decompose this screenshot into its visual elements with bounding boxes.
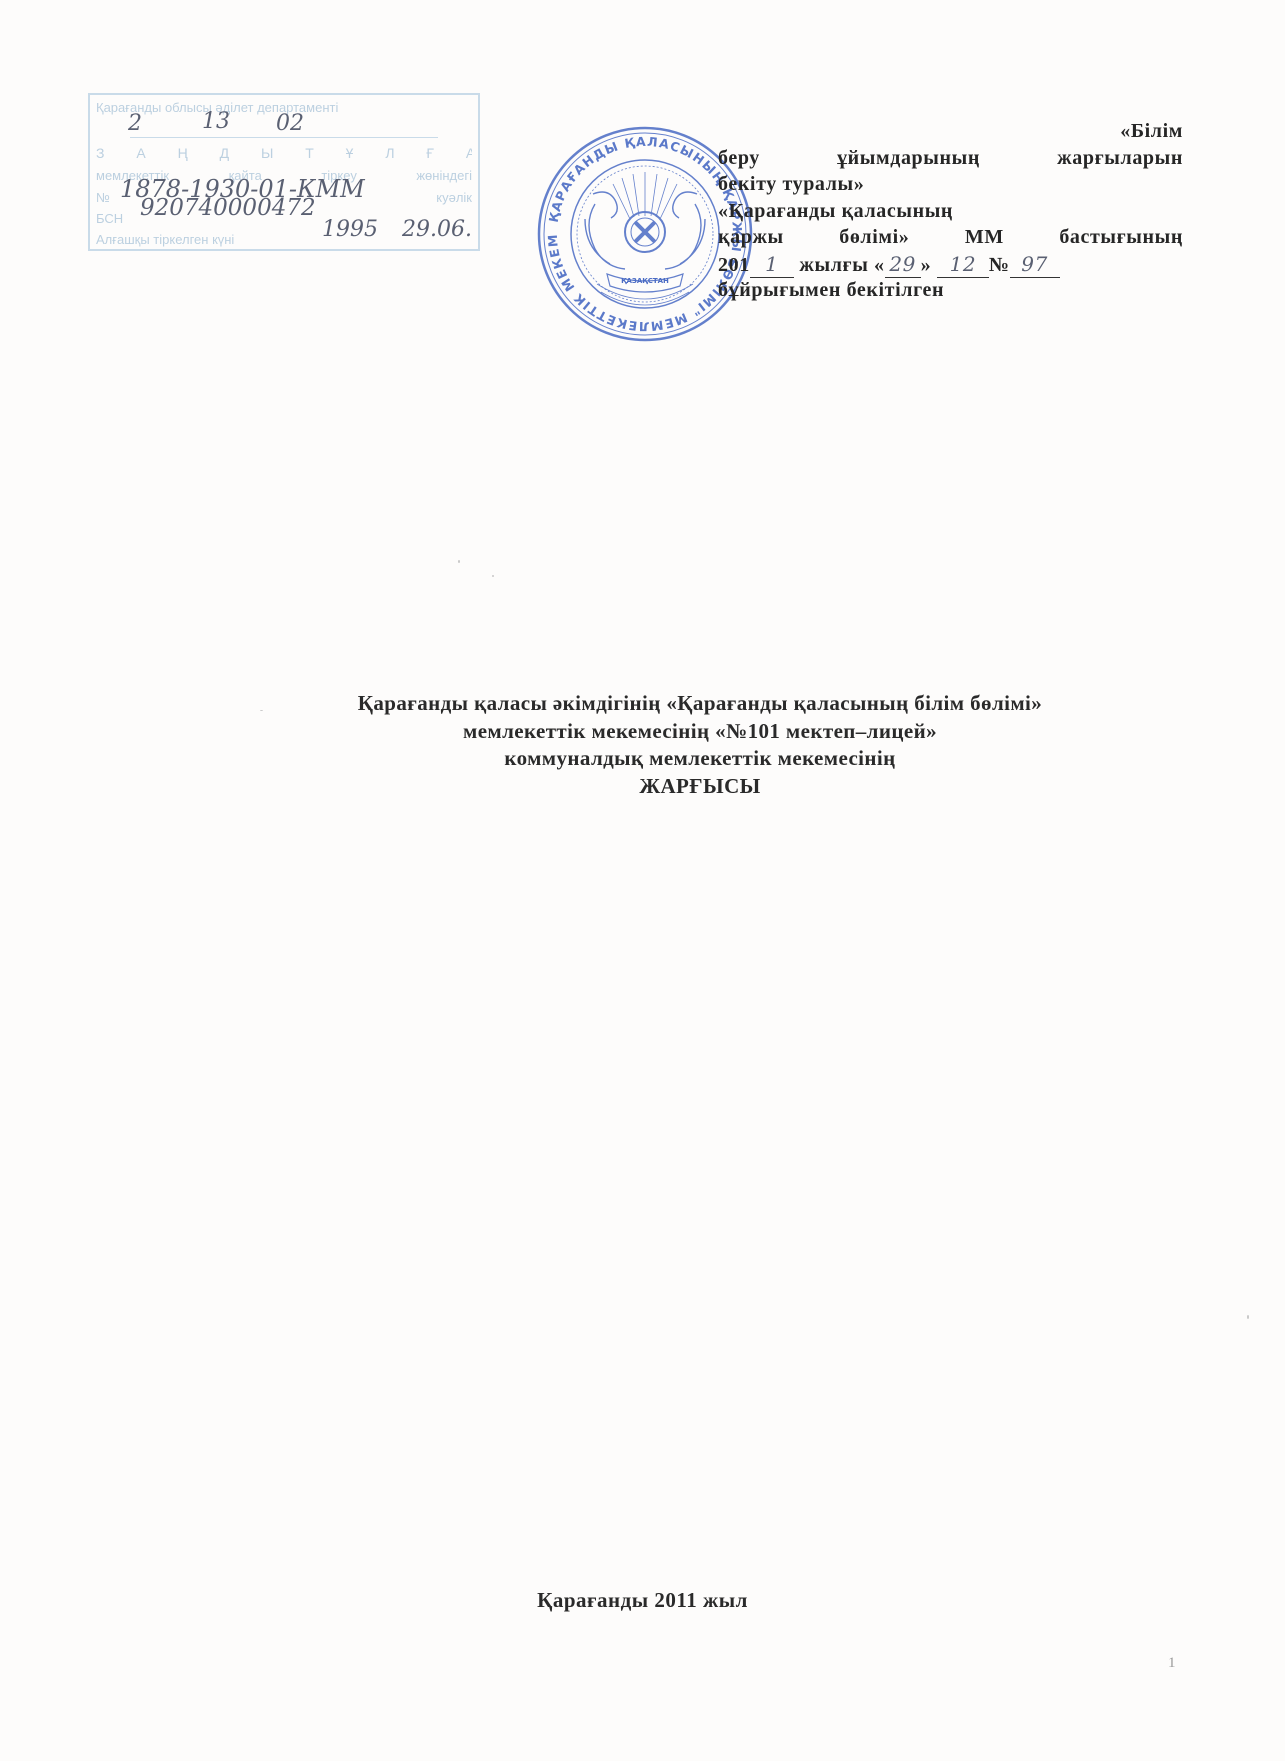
title-line-3: коммуналдық мемлекеттік мекемесінің — [150, 745, 1250, 773]
approval-line-4: «Қарағанды қаласының — [718, 198, 1183, 225]
title-line-2: мемлекеттік мекемесінің «№101 мектеп–лиц… — [150, 718, 1250, 746]
document-title: Қарағанды қаласы әкімдігінің «Қарағанды … — [150, 690, 1250, 800]
approval-word: ММ — [965, 224, 1004, 251]
stamp-certificate-label: куәлік — [436, 187, 472, 209]
scan-speck — [458, 560, 460, 563]
approval-line-6-order-date: 2011 жылғы «29» 12№97 — [718, 251, 1183, 278]
order-quote-close: » — [921, 254, 932, 276]
approval-line-5: қаржы бөлімі» ММ бастығының — [718, 224, 1183, 251]
order-number-sign: № — [989, 254, 1010, 276]
handwritten-first-registered-year: 1995 — [322, 217, 378, 242]
seal-center-text: ҚАЗАҚСТАН — [621, 277, 669, 285]
order-day-field: 29 — [885, 251, 921, 279]
approval-word: жарғыларын — [1057, 145, 1183, 172]
approval-line-3: бекіту туралы» — [718, 171, 1183, 198]
title-line-1: Қарағанды қаласы әкімдігінің «Қарағанды … — [150, 690, 1250, 718]
handwritten-bin: 920740000472 — [140, 195, 316, 221]
scan-speck — [260, 710, 263, 711]
order-number-field: 97 — [1010, 251, 1060, 279]
approval-word: қаржы — [718, 224, 784, 251]
approval-line-7: бұйрығымен бекітілген — [718, 277, 1183, 304]
approval-line-1: «Білім — [718, 118, 1183, 145]
svg-text:ҚАЗАҚСТАН: ҚАЗАҚСТАН — [621, 277, 669, 285]
approval-word: беру — [718, 145, 760, 172]
approval-block: «Білім беру ұйымдарының жарғыларын бекіт… — [718, 118, 1183, 304]
handwritten-first-registered-date: 29.06. — [402, 217, 472, 242]
approval-word: бастығының — [1059, 224, 1183, 251]
order-year-label: жылғы « — [799, 254, 884, 276]
place-and-year: Қарағанды 2011 жыл — [0, 1588, 1285, 1613]
document-page: Қарағанды облысы әділет департаменті З А… — [0, 0, 1285, 1761]
scan-speck — [1247, 1315, 1249, 1319]
approval-word: бөлімі» — [839, 224, 909, 251]
stamp-word: жөніндегі — [416, 165, 472, 187]
handwritten-day: 2 — [128, 111, 142, 136]
approval-word: ұйымдарының — [837, 145, 980, 172]
handwritten-month: 13 — [202, 109, 230, 134]
order-year-digit-field: 1 — [750, 251, 794, 279]
approval-line-2: беру ұйымдарының жарғыларын — [718, 145, 1183, 172]
scan-speck — [492, 575, 494, 577]
registration-stamp: Қарағанды облысы әділет департаменті З А… — [88, 93, 480, 251]
order-year-prefix: 201 — [718, 254, 750, 276]
order-month-field: 12 — [937, 251, 989, 279]
handwritten-year: 02 — [276, 111, 304, 136]
title-line-4-charter: ЖАРҒЫСЫ — [150, 773, 1250, 801]
page-number: 1 — [1168, 1655, 1176, 1672]
stamp-legal-entity-text: З А Ң Д Ы Т Ұ Л Ғ А Ғ А — [96, 142, 472, 164]
stamp-number-label: № — [96, 187, 110, 209]
